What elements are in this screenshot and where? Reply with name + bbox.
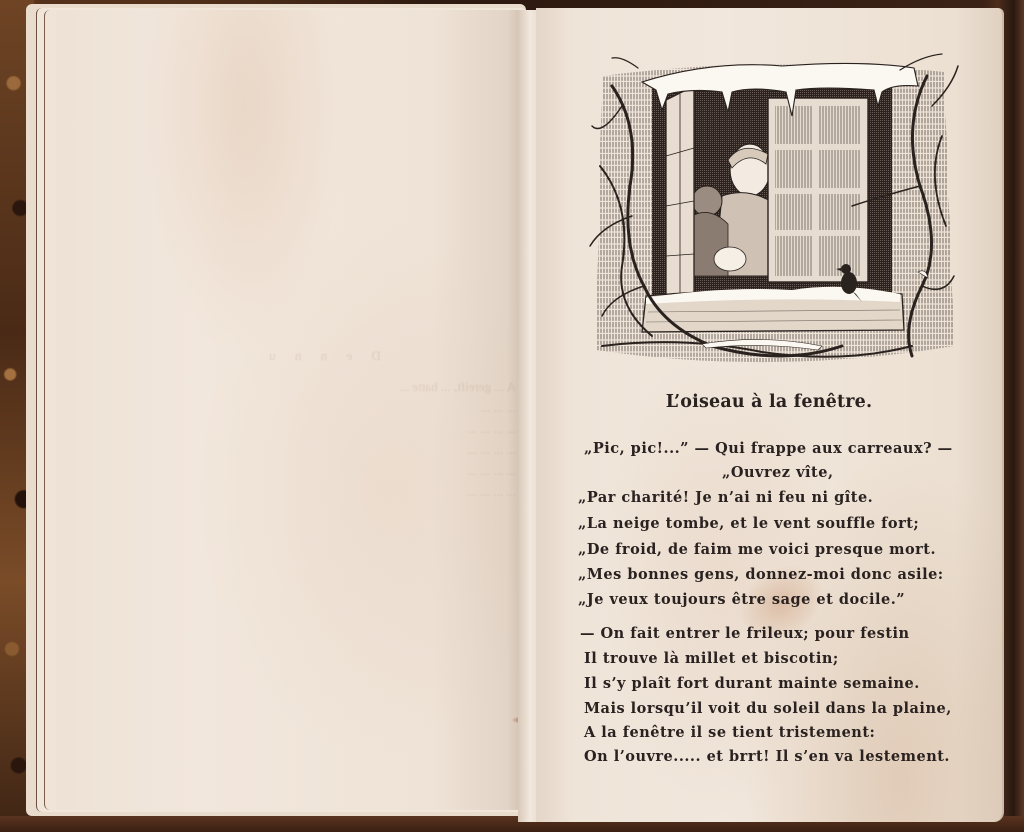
bleed-line: ... ... ... — [126, 397, 516, 418]
poem-line: Il trouve là millet et biscotin; — [584, 650, 839, 667]
poem-line: „Je veux toujours être sage et docile.” — [578, 591, 905, 608]
poem-line: „Ouvrez vîte, — [722, 464, 834, 481]
poem-line: Mais lorsqu’il voit du soleil dans la pl… — [584, 700, 952, 717]
bleed-line: A ... gereift, ... hatte ... — [126, 376, 516, 397]
bleed-line: ... ... ... ... — [126, 481, 516, 502]
left-page: D e n n u A ... gereift, ... hatte ... .… — [56, 10, 526, 810]
poem-line: Il s’y plaît fort durant mainte semaine. — [584, 675, 920, 692]
poem-line: „Mes bonnes gens, donnez-moi donc asile: — [578, 566, 944, 583]
engraving-illustration — [582, 46, 962, 378]
poem-line: „La neige tombe, et le vent souffle fort… — [578, 515, 919, 532]
bleed-through-text: D e n n u A ... gereift, ... hatte ... .… — [126, 345, 516, 502]
poem-line: „Par charité! Je n’ai ni feu ni gîte. — [578, 489, 873, 506]
bleed-heading: D e n n u — [126, 345, 516, 366]
book-spread: D e n n u A ... gereift, ... hatte ... .… — [0, 0, 1024, 832]
poem-line: — On fait entrer le frileux; pour festin — [580, 625, 910, 642]
bleed-line: ... ... ... ... — [126, 418, 516, 439]
right-page: L’oiseau à la fenêtre. „Pic, pic!...” — … — [536, 8, 1004, 822]
poem-title: L’oiseau à la fenêtre. — [536, 392, 1002, 412]
poem-line: „Pic, pic!...” — Qui frappe aux carreaux… — [584, 440, 953, 457]
poem-line: „De froid, de faim me voici presque mort… — [578, 541, 936, 558]
poem-line: A la fenêtre il se tient tristement: — [584, 724, 875, 741]
bleed-line: ... ... ... ... — [126, 439, 516, 460]
bleed-line: ... ... ... ... — [126, 460, 516, 481]
poem-line: On l’ouvre..... et brrt! Il s’en va lest… — [584, 748, 950, 765]
